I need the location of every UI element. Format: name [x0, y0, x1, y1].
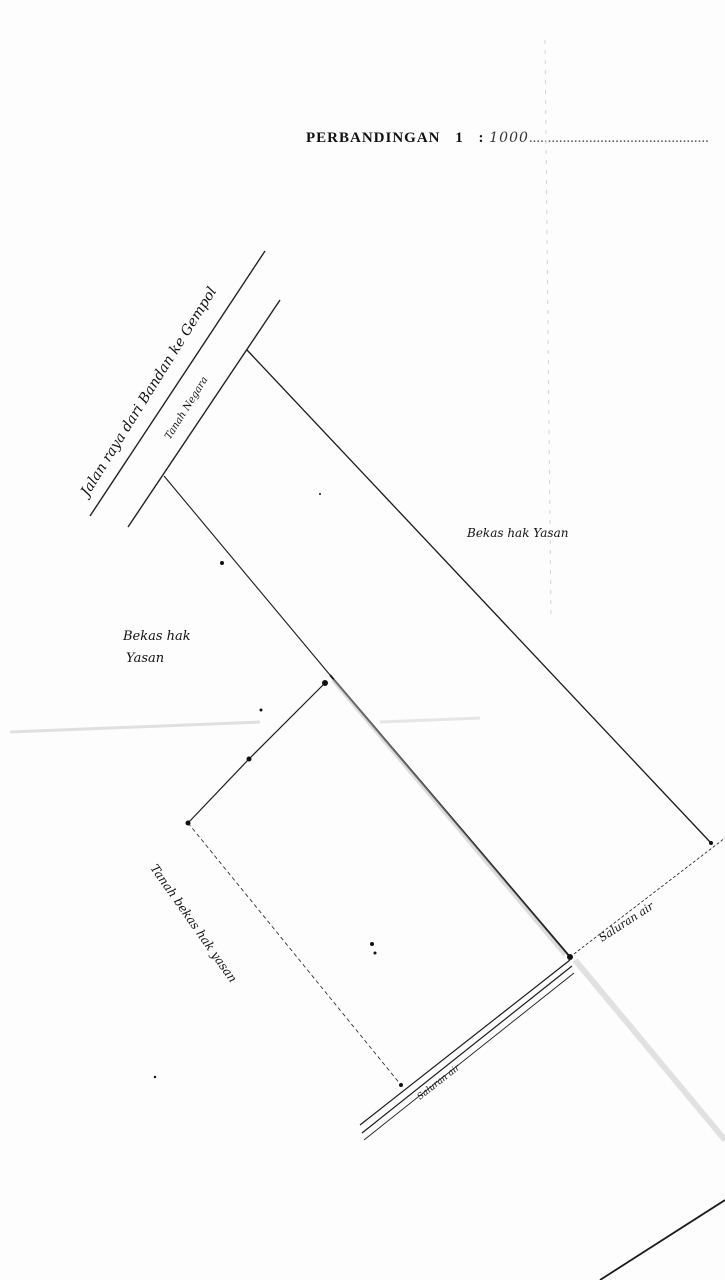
south-neighbor-label: Tanah bekas hak yasan — [148, 862, 240, 985]
parcel-outline — [164, 350, 725, 1280]
paper-folds — [10, 40, 725, 1140]
canal-south-label: Saluran air — [416, 1063, 463, 1103]
state-land-label: Tanah Negara — [163, 375, 210, 442]
land-survey-map: PERBANDINGAN 1 : 1000...................… — [0, 0, 725, 1280]
west-neighbor-label-line2: Yasan — [126, 651, 164, 666]
canal-east-label: Saluran air — [597, 899, 657, 944]
north-neighbor-label: Bekas hak Yasan — [466, 526, 568, 540]
survey-markers — [154, 493, 713, 1087]
map-drawing: Jalan raya dari Bandan ke Gempol Tanah N… — [0, 0, 725, 1280]
west-neighbor-label-line1: Bekas hak — [122, 629, 191, 644]
road — [90, 251, 280, 527]
